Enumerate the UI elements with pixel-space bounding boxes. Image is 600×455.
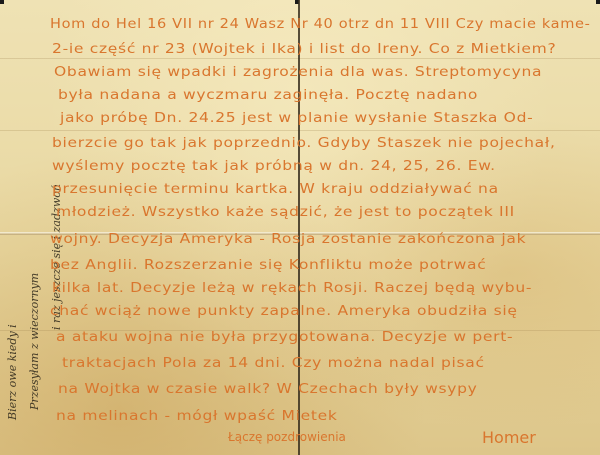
letter-line: 2-ie część nr 23 (Wojtek i Ika) i list d… (52, 41, 556, 57)
margin-note: Przesyłam z wieczornym (28, 273, 41, 410)
letter-line: Obawiam się wpadki i zagrożenia dla was.… (54, 64, 542, 80)
paper-crease (0, 130, 600, 131)
letter-line: bierzcie go tak jak poprzednio. Gdyby St… (52, 135, 556, 151)
margin-note: Bierz owe kiedy i (6, 324, 19, 420)
letter-line: jako próbę Dn. 24.25 jest w planie wysła… (60, 110, 533, 126)
corner-mark (0, 0, 4, 4)
letter-line: chać wciąż nowe punkty zapalne. Ameryka … (50, 303, 518, 319)
letter-line: na Wojtka w czasie walk? W Czechach były… (58, 381, 478, 397)
letter-line: była nadana a wyczmaru zaginęła. Pocztę … (58, 87, 478, 103)
letter-line: wyślemy pocztę tak jak próbną w dn. 24, … (52, 158, 496, 174)
letter-page: Bierz owe kiedy i Przesyłam z wieczornym… (0, 0, 600, 455)
letter-line: na melinach - mógł wpaść Mietek (56, 408, 338, 424)
signature: Homer (482, 428, 536, 447)
letter-line: traktacjach Pola za 14 dni. Czy można na… (62, 355, 485, 371)
letter-line: Hom do Hel 16 VII nr 24 Wasz Nr 40 otrz … (50, 16, 591, 32)
letter-line: a ataku wojna nie była przygotowana. Dec… (56, 329, 513, 345)
letter-line: przesunięcie terminu kartka. W kraju odd… (52, 181, 499, 197)
closing-greeting: Łączę pozdrowienia (228, 430, 346, 444)
letter-line: młodzież. Wszystko każe sądzić, że jest … (56, 204, 515, 220)
letter-line: kilka lat. Decyzje leżą w rękach Rosji. … (52, 280, 532, 296)
letter-line: wojny. Decyzja Ameryka - Rosja zostanie … (50, 231, 526, 247)
letter-line: bez Anglii. Rozszerzanie się Konfliktu m… (50, 257, 486, 273)
paper-crease (0, 58, 600, 59)
corner-mark (596, 0, 600, 4)
